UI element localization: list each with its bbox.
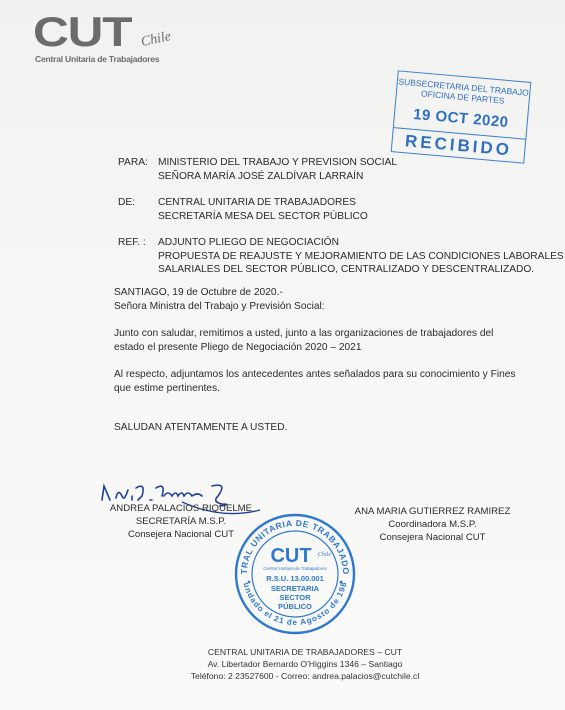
footer-address: Av. Libertador Bernardo O'Higgins 1346 –… — [160, 658, 450, 670]
paragraph-2-line-1: Al respecto, adjuntamos los antecedentes… — [114, 368, 516, 382]
received-stamp: SUBSECRETARIA DEL TRABAJO OFICINA DE PAR… — [391, 70, 532, 163]
signatory-2-role: Coordinadora M.S.P. — [345, 518, 520, 531]
para-line1: MINISTERIO DEL TRABAJO Y PREVISION SOCIA… — [158, 156, 397, 170]
paragraph-2-line-2: que estime pertinentes. — [114, 382, 516, 396]
paragraph-1-line-1: Junto con saludar, remitimos a usted, ju… — [114, 327, 516, 341]
letter-page: CUT Chile Central Unitaria de Trabajador… — [0, 0, 565, 710]
de-label: DE: — [118, 196, 158, 210]
cut-logo: CUT Chile Central Unitaria de Trabajador… — [33, 14, 116, 51]
stamp-status: RECIBIDO — [392, 127, 526, 161]
seal-line3: PÚBLICO — [278, 602, 312, 611]
ref-line1: ADJUNTO PLIEGO DE NEGOCIACIÓN — [158, 236, 339, 250]
letter-footer: CENTRAL UNITARIA DE TRABAJADORES – CUT A… — [160, 646, 450, 682]
salutation: Señora Ministra del Trabajo y Previsión … — [114, 300, 516, 314]
footer-contact: Teléfono: 2 23527600 - Correo: andrea.pa… — [160, 670, 450, 682]
cut-seal-icon: CENTRAL UNITARIA DE TRABAJADORES Fundado… — [233, 512, 357, 636]
seal-logo-text: CUT — [270, 545, 311, 567]
seal-line1: SECRETARIA — [271, 584, 320, 593]
signatory-2-title: Consejera Nacional CUT — [345, 531, 520, 544]
seal-line2: SECTOR — [279, 593, 311, 602]
de-field: DE: CENTRAL UNITARIA DE TRABAJADORES SEC… — [118, 196, 368, 223]
place-date: SANTIAGO, 19 de Octubre de 2020.- — [114, 286, 516, 300]
ref-line3: SALARIALES DEL SECTOR PÚBLICO, CENTRALIZ… — [158, 263, 534, 277]
logo-text: CUT — [33, 14, 131, 50]
signatory-2: ANA MARIA GUTIERREZ RAMIREZ Coordinadora… — [345, 505, 520, 544]
organization-name: Central Unitaria de Trabajadores — [35, 54, 159, 64]
de-line1: CENTRAL UNITARIA DE TRABAJADORES — [158, 196, 356, 210]
letter-body: SANTIAGO, 19 de Octubre de 2020.- Señora… — [114, 286, 516, 435]
seal-logo-suffix: Chile — [318, 552, 331, 558]
paragraph-1-line-2: estado el presente Pliego de Negociación… — [114, 341, 516, 355]
de-line2: SECRETARÍA MESA DEL SECTOR PÚBLICO — [158, 210, 368, 224]
signatory-2-name: ANA MARIA GUTIERREZ RAMIREZ — [345, 505, 520, 518]
para-line2: SEÑORA MARÍA JOSÉ ZALDÍVAR LARRAÍN — [158, 170, 363, 184]
ref-label: REF. : — [118, 236, 158, 250]
ref-line2: PROPUESTA DE REAJUSTE Y MEJORAMIENTO DE … — [158, 250, 565, 264]
seal-logo-sub: Central Unitaria de Trabajadores — [263, 566, 327, 571]
logo-suffix: Chile — [140, 29, 173, 51]
seal-rsu: R.S.U. 13.00.001 — [266, 574, 324, 583]
closing: SALUDAN ATENTAMENTE A USTED. — [114, 421, 516, 435]
footer-org: CENTRAL UNITARIA DE TRABAJADORES – CUT — [160, 646, 450, 658]
para-field: PARA: MINISTERIO DEL TRABAJO Y PREVISION… — [118, 156, 397, 183]
ref-field: REF. : ADJUNTO PLIEGO DE NEGOCIACIÓN PRO… — [118, 236, 565, 277]
para-label: PARA: — [118, 156, 158, 170]
